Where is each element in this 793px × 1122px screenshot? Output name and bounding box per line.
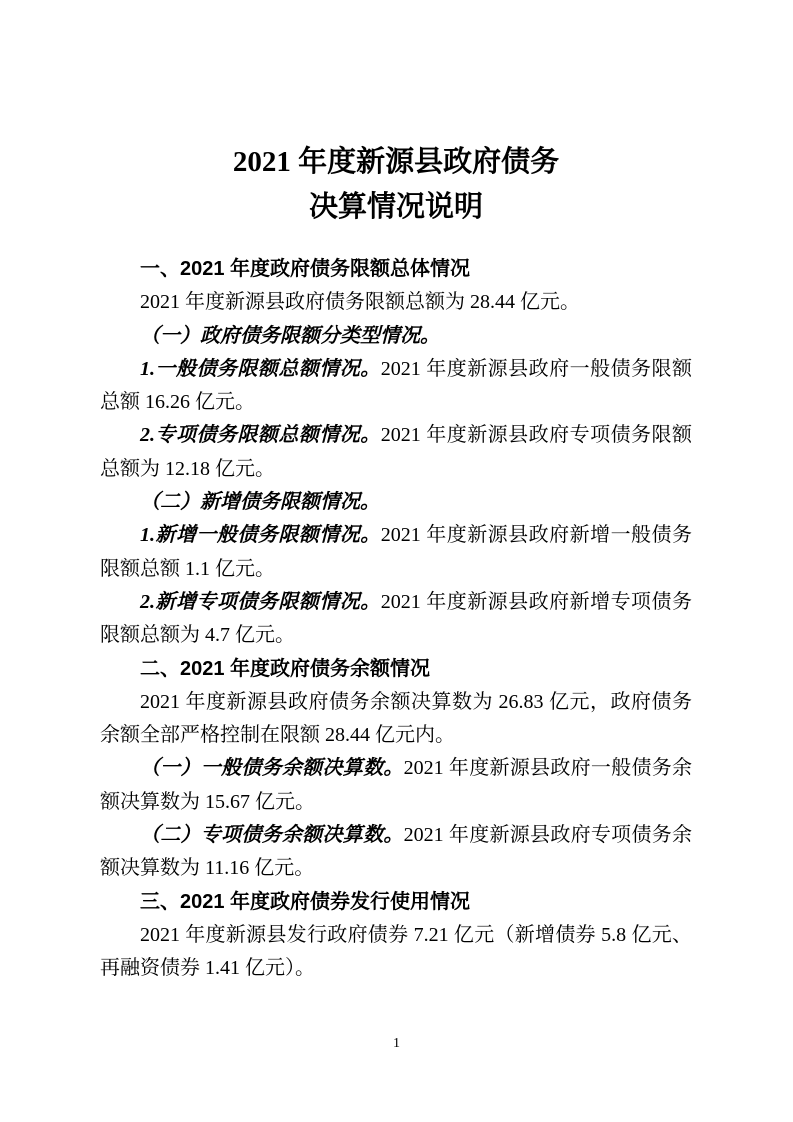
lead-in-text: （一）政府债务限额分类型情况。	[140, 325, 440, 347]
paragraph: （二）新增债务限额情况。	[100, 486, 692, 519]
lead-in-text: 1.一般债务限额总额情况。	[140, 358, 381, 380]
paragraph: 二、2021 年度政府债务余额情况	[100, 653, 692, 686]
paragraph: 1.一般债务限额总额情况。2021 年度新源县政府一般债务限额总额 16.26 …	[100, 353, 692, 420]
section-heading-text: 一、2021 年度政府债务限额总体情况	[140, 258, 470, 280]
lead-in-text: 2.新增专项债务限额情况。	[140, 591, 381, 613]
lead-in-text: （二）专项债务余额决算数。	[140, 824, 404, 846]
paragraph: 2021 年度新源县发行政府债券 7.21 亿元（新增债券 5.8 亿元、再融资…	[100, 919, 692, 986]
lead-in-text: （一）一般债务余额决算数。	[140, 757, 404, 779]
lead-in-text: 1.新增一般债务限额情况。	[140, 524, 381, 546]
paragraph: 2.新增专项债务限额情况。2021 年度新源县政府新增专项债务限额总额为 4.7…	[100, 586, 692, 653]
body-text: 2021 年度新源县政府债务余额决算数为 26.83 亿元，政府债务余额全部严格…	[100, 691, 692, 746]
paragraph: 2021 年度新源县政府债务余额决算数为 26.83 亿元，政府债务余额全部严格…	[100, 686, 692, 753]
paragraph: （一）一般债务余额决算数。2021 年度新源县政府一般债务余额决算数为 15.6…	[100, 752, 692, 819]
paragraph: 三、2021 年度政府债券发行使用情况	[100, 886, 692, 919]
title-line-1: 2021 年度新源县政府债务	[100, 140, 692, 185]
document-content: 2021 年度新源县政府债务 决算情况说明 一、2021 年度政府债务限额总体情…	[100, 140, 692, 986]
body-text: 2021 年度新源县政府债务限额总额为 28.44 亿元。	[140, 291, 580, 313]
paragraph: （二）专项债务余额决算数。2021 年度新源县政府专项债务余额决算数为 11.1…	[100, 819, 692, 886]
section-heading-text: 二、2021 年度政府债务余额情况	[140, 658, 430, 680]
paragraph: 1.新增一般债务限额情况。2021 年度新源县政府新增一般债务限额总额 1.1 …	[100, 519, 692, 586]
paragraph: （一）政府债务限额分类型情况。	[100, 320, 692, 353]
section-heading-text: 三、2021 年度政府债券发行使用情况	[140, 891, 470, 913]
document-title: 2021 年度新源县政府债务 决算情况说明	[100, 140, 692, 230]
paragraph: 2.专项债务限额总额情况。2021 年度新源县政府专项债务限额总额为 12.18…	[100, 419, 692, 486]
paragraph: 一、2021 年度政府债务限额总体情况	[100, 253, 692, 286]
lead-in-text: 2.专项债务限额总额情况。	[140, 424, 381, 446]
paragraph: 2021 年度新源县政府债务限额总额为 28.44 亿元。	[100, 286, 692, 319]
document-page: 2021 年度新源县政府债务 决算情况说明 一、2021 年度政府债务限额总体情…	[0, 0, 793, 1122]
title-line-2: 决算情况说明	[100, 185, 692, 230]
page-number: 1	[0, 1036, 793, 1052]
document-body: 一、2021 年度政府债务限额总体情况2021 年度新源县政府债务限额总额为 2…	[100, 253, 692, 986]
lead-in-text: （二）新增债务限额情况。	[140, 491, 380, 513]
body-text: 2021 年度新源县发行政府债券 7.21 亿元（新增债券 5.8 亿元、再融资…	[100, 924, 692, 979]
